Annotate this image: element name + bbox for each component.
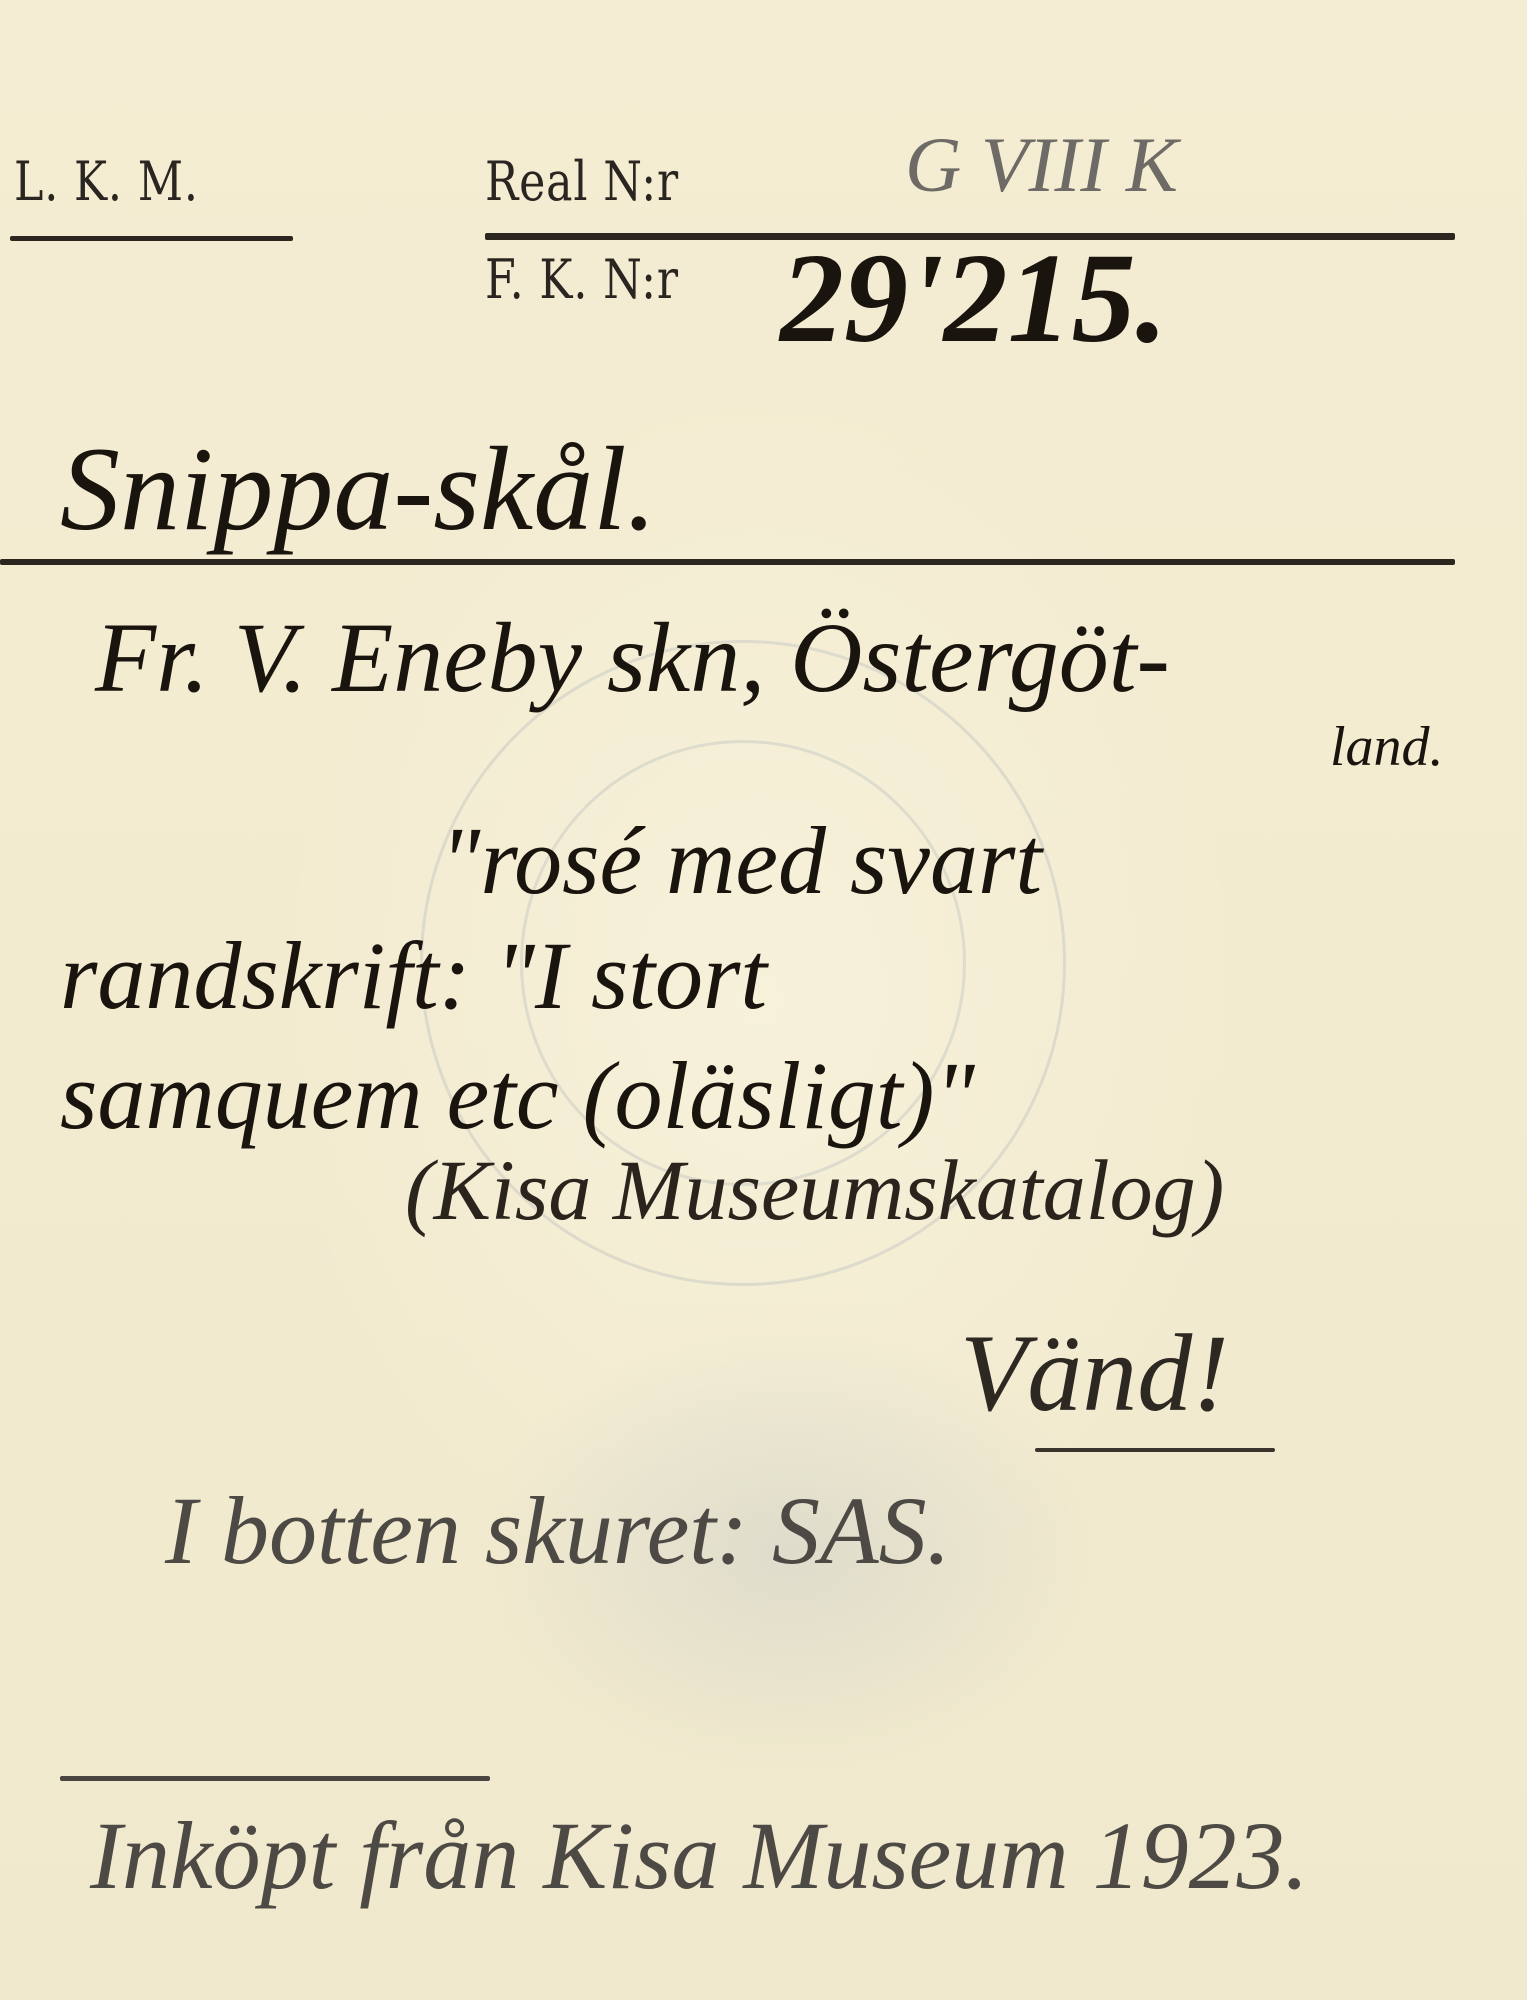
acquisition-rule bbox=[60, 1776, 490, 1781]
description-line-4: (Kisa Museumskatalog) bbox=[405, 1140, 1224, 1240]
description-line-2: randskrift: "I stort bbox=[60, 920, 767, 1031]
real-nr-label: Real N:r bbox=[485, 150, 679, 213]
turn-note-underline bbox=[1035, 1448, 1275, 1452]
real-nr-value: G VIII K bbox=[905, 120, 1178, 210]
fk-nr-label: F. K. N:r bbox=[485, 248, 679, 311]
provenance-line-2: land. bbox=[1330, 715, 1444, 779]
title-rule bbox=[0, 559, 1455, 565]
turn-note: Vänd! bbox=[960, 1310, 1229, 1437]
institution-underline bbox=[10, 236, 293, 241]
object-title: Snippa-skål. bbox=[60, 420, 657, 558]
bottom-note: I botten skuret: SAS. bbox=[165, 1475, 951, 1586]
institution-label: L. K. M. bbox=[14, 150, 199, 213]
acquisition-note: Inköpt från Kisa Museum 1923. bbox=[90, 1800, 1309, 1911]
fk-nr-value: 29'215. bbox=[780, 225, 1168, 372]
description-line-3: samquem etc (oläsligt)" bbox=[60, 1040, 975, 1151]
description-line-1: "rosé med svart bbox=[440, 805, 1042, 916]
provenance-line-1: Fr. V. Eneby skn, Östergöt- bbox=[95, 600, 1170, 715]
